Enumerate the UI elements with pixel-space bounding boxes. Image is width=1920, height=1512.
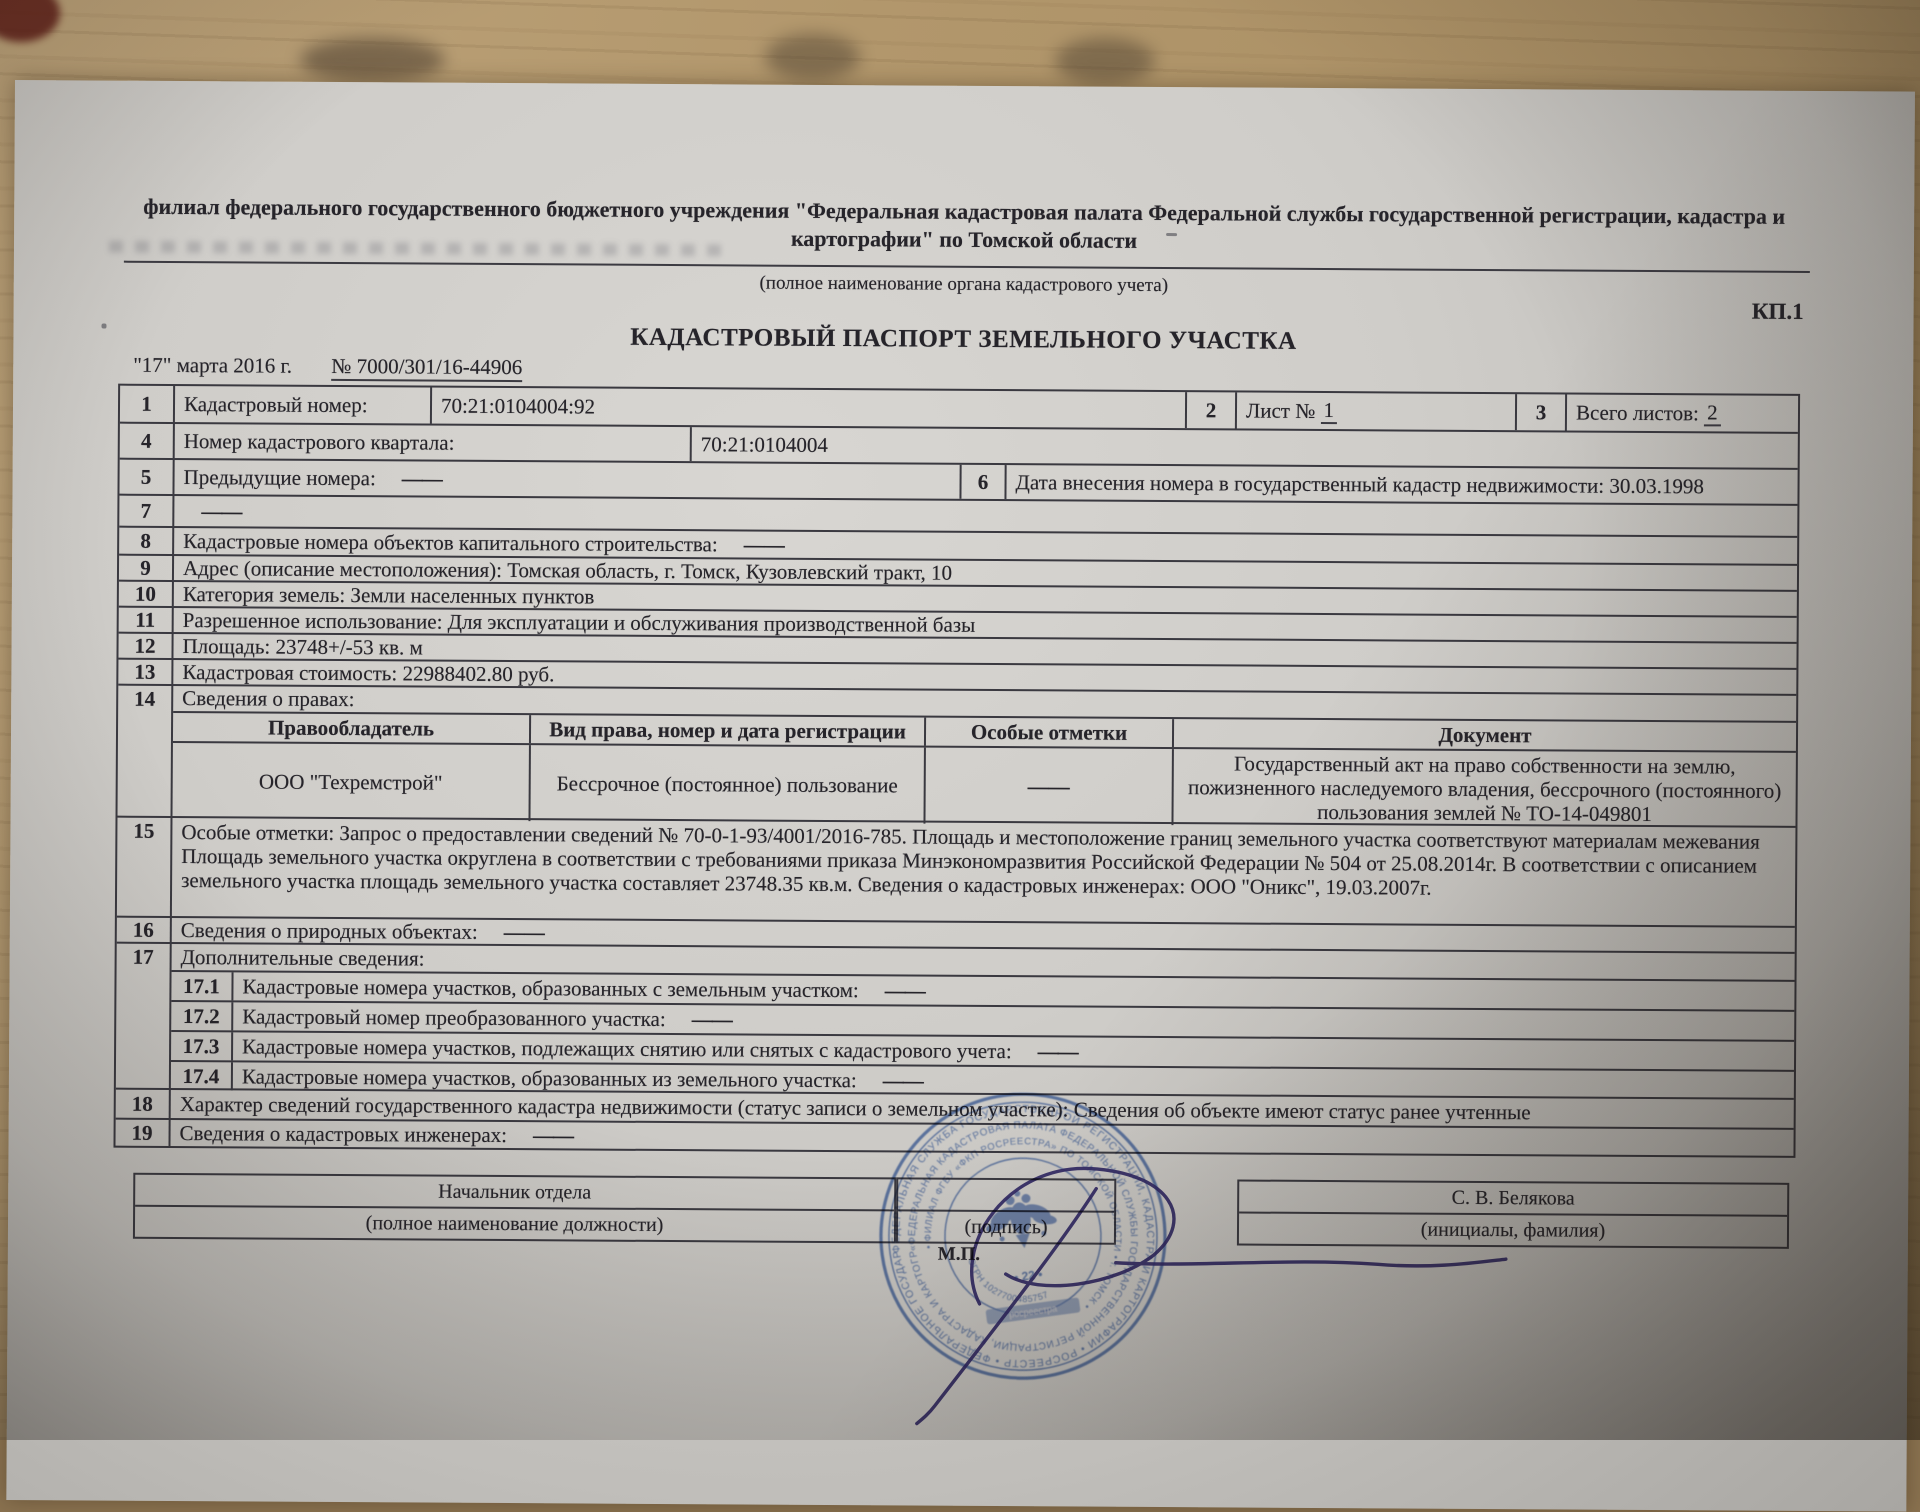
row-number: 7 <box>119 496 172 526</box>
sheet-cell: Лист № 1 <box>1235 392 1515 430</box>
empty-dash: —— <box>504 921 544 944</box>
total-sheets-cell: Всего листов: 2 <box>1565 394 1798 431</box>
row-number: 18 <box>116 1090 169 1118</box>
formed-with-parcel-label: Кадастровые номера участков, образованны… <box>242 975 858 1002</box>
issue-date: "17" марта 2016 г. <box>133 353 292 378</box>
formed-from-parcel-label: Кадастровые номера участков, образованны… <box>242 1065 857 1092</box>
capital-objects-label: Кадастровые номера объектов капитального… <box>183 530 718 556</box>
col-document: Документ <box>1172 719 1796 751</box>
empty-dash: —— <box>402 467 442 490</box>
row-number: 10 <box>119 582 172 606</box>
cadastral-number-label: Кадастровый номер: <box>173 386 430 424</box>
row-number: 14 <box>118 686 172 816</box>
row-number: 9 <box>119 556 172 580</box>
document-value: Государственный акт на право собственнос… <box>1171 749 1795 829</box>
org-caption: (полное наименование органа кадастрового… <box>124 269 1804 301</box>
table-row-14: 14 Сведения о правах: Правообладатель Ви… <box>118 684 1797 826</box>
empty-dash: —— <box>1038 1040 1078 1063</box>
document-paper: филиал федерального государственного бюд… <box>6 80 1915 1440</box>
empty-dash: —— <box>885 979 925 1002</box>
row-number: 16 <box>117 918 170 942</box>
form-code: КП.1 <box>1554 297 1804 325</box>
row-number: 11 <box>119 608 172 632</box>
rights-table: Правообладатель Вид права, номер и дата … <box>172 711 1796 829</box>
registration-date-cell: Дата внесения номера в государственный к… <box>1004 465 1797 504</box>
main-table: 1 Кадастровый номер: 70:21:0104004:92 2 … <box>113 384 1800 1158</box>
row-number: 15 <box>117 818 171 916</box>
eagle-emblem <box>980 1186 1061 1253</box>
issue-number: № 7000/301/16-44906 <box>331 354 522 382</box>
position-block: Начальник отдела (полное наименование до… <box>133 1173 896 1244</box>
empty-dash: —— <box>744 533 784 556</box>
wood-smudge <box>765 34 860 80</box>
owner-value: ООО "Техремстрой" <box>172 743 528 821</box>
row-number: 6 <box>959 465 1004 499</box>
position-title: Начальник отдела <box>135 1175 894 1212</box>
special-marks-text: Особые отметки: Запрос о предоставлении … <box>170 818 1796 926</box>
total-sheets-label: Всего листов: <box>1576 401 1699 425</box>
table-row-15: 15 Особые отметки: Запрос о предоставлен… <box>117 816 1796 926</box>
quarter-number-value: 70:21:0104004 <box>690 427 1798 468</box>
empty-dash: —— <box>692 1008 732 1031</box>
natural-objects-label: Сведения о природных объектах: <box>181 919 478 944</box>
empty-dash: —— <box>533 1124 573 1147</box>
col-right-type: Вид права, номер и дата регистрации <box>529 715 924 745</box>
row-number: 17 <box>116 944 170 1088</box>
issue-line: "17" марта 2016 г. № 7000/301/16-44906 <box>133 353 522 380</box>
row-number: 13 <box>118 660 171 684</box>
previous-numbers-cell: Предыдущие номера: —— <box>172 460 959 499</box>
previous-numbers-label: Предыдущие номера: <box>184 466 376 490</box>
row-number: 3 <box>1515 394 1565 430</box>
position-caption: (полное наименование должности) <box>135 1207 894 1242</box>
engineers-label: Сведения о кадастровых инженерах: <box>180 1122 508 1147</box>
row-number: 4 <box>120 424 173 458</box>
stamp-graphic: ФЕДЕРАЛЬНАЯ СЛУЖБА ГОСУДАРСТВЕННОЙ РЕГИС… <box>856 1065 1182 1399</box>
row-number: 2 <box>1185 392 1235 428</box>
rights-section: Сведения о правах: Правообладатель Вид п… <box>171 686 1797 826</box>
sheet-label: Лист № <box>1246 399 1315 422</box>
quarter-number-label: Номер кадастрового квартала: <box>173 424 690 461</box>
row-number: 1 <box>120 386 173 422</box>
row-number: 17.4 <box>171 1062 233 1090</box>
empty-dash: —— <box>201 500 241 523</box>
cadastral-number-value: 70:21:0104004:92 <box>430 388 1185 429</box>
total-sheets-value: 2 <box>1704 401 1721 426</box>
row-number: 8 <box>119 528 172 554</box>
row-number: 17.2 <box>171 1002 233 1030</box>
row-number: 12 <box>118 634 171 658</box>
row-number: 17.1 <box>171 972 233 1000</box>
right-type-value: Бессрочное (постоянное) пользование <box>528 745 923 823</box>
stamp-and-signature: ФЕДЕРАЛЬНАЯ СЛУЖБА ГОСУДАРСТВЕННОЙ РЕГИС… <box>856 1065 1519 1440</box>
col-special-marks: Особые отметки <box>924 718 1172 748</box>
official-stamp: ФЕДЕРАЛЬНАЯ СЛУЖБА ГОСУДАРСТВЕННОЙ РЕГИС… <box>856 1065 1519 1440</box>
special-marks-value: —— <box>923 748 1171 826</box>
row-number: 19 <box>115 1120 168 1146</box>
row-number: 17.3 <box>171 1032 233 1060</box>
photo-background: филиал федерального государственного бюд… <box>0 0 1920 1440</box>
row-number: 5 <box>119 460 172 494</box>
org-name: филиал федерального государственного бюд… <box>124 193 1804 259</box>
document-title: КАДАСТРОВЫЙ ПАСПОРТ ЗЕМЕЛЬНОГО УЧАСТКА <box>123 321 1803 359</box>
wood-smudge <box>300 38 445 82</box>
sheet-value: 1 <box>1320 398 1337 423</box>
wood-smudge <box>1055 38 1155 84</box>
rights-data-row: ООО "Техремстрой" Бессрочное (постоянное… <box>172 743 1795 829</box>
transformed-parcel-label: Кадастровый номер преобразованного участ… <box>242 1005 666 1031</box>
removed-parcels-label: Кадастровые номера участков, подлежащих … <box>242 1035 1012 1063</box>
col-owner: Правообладатель <box>173 713 529 743</box>
paper-speck <box>101 324 106 329</box>
